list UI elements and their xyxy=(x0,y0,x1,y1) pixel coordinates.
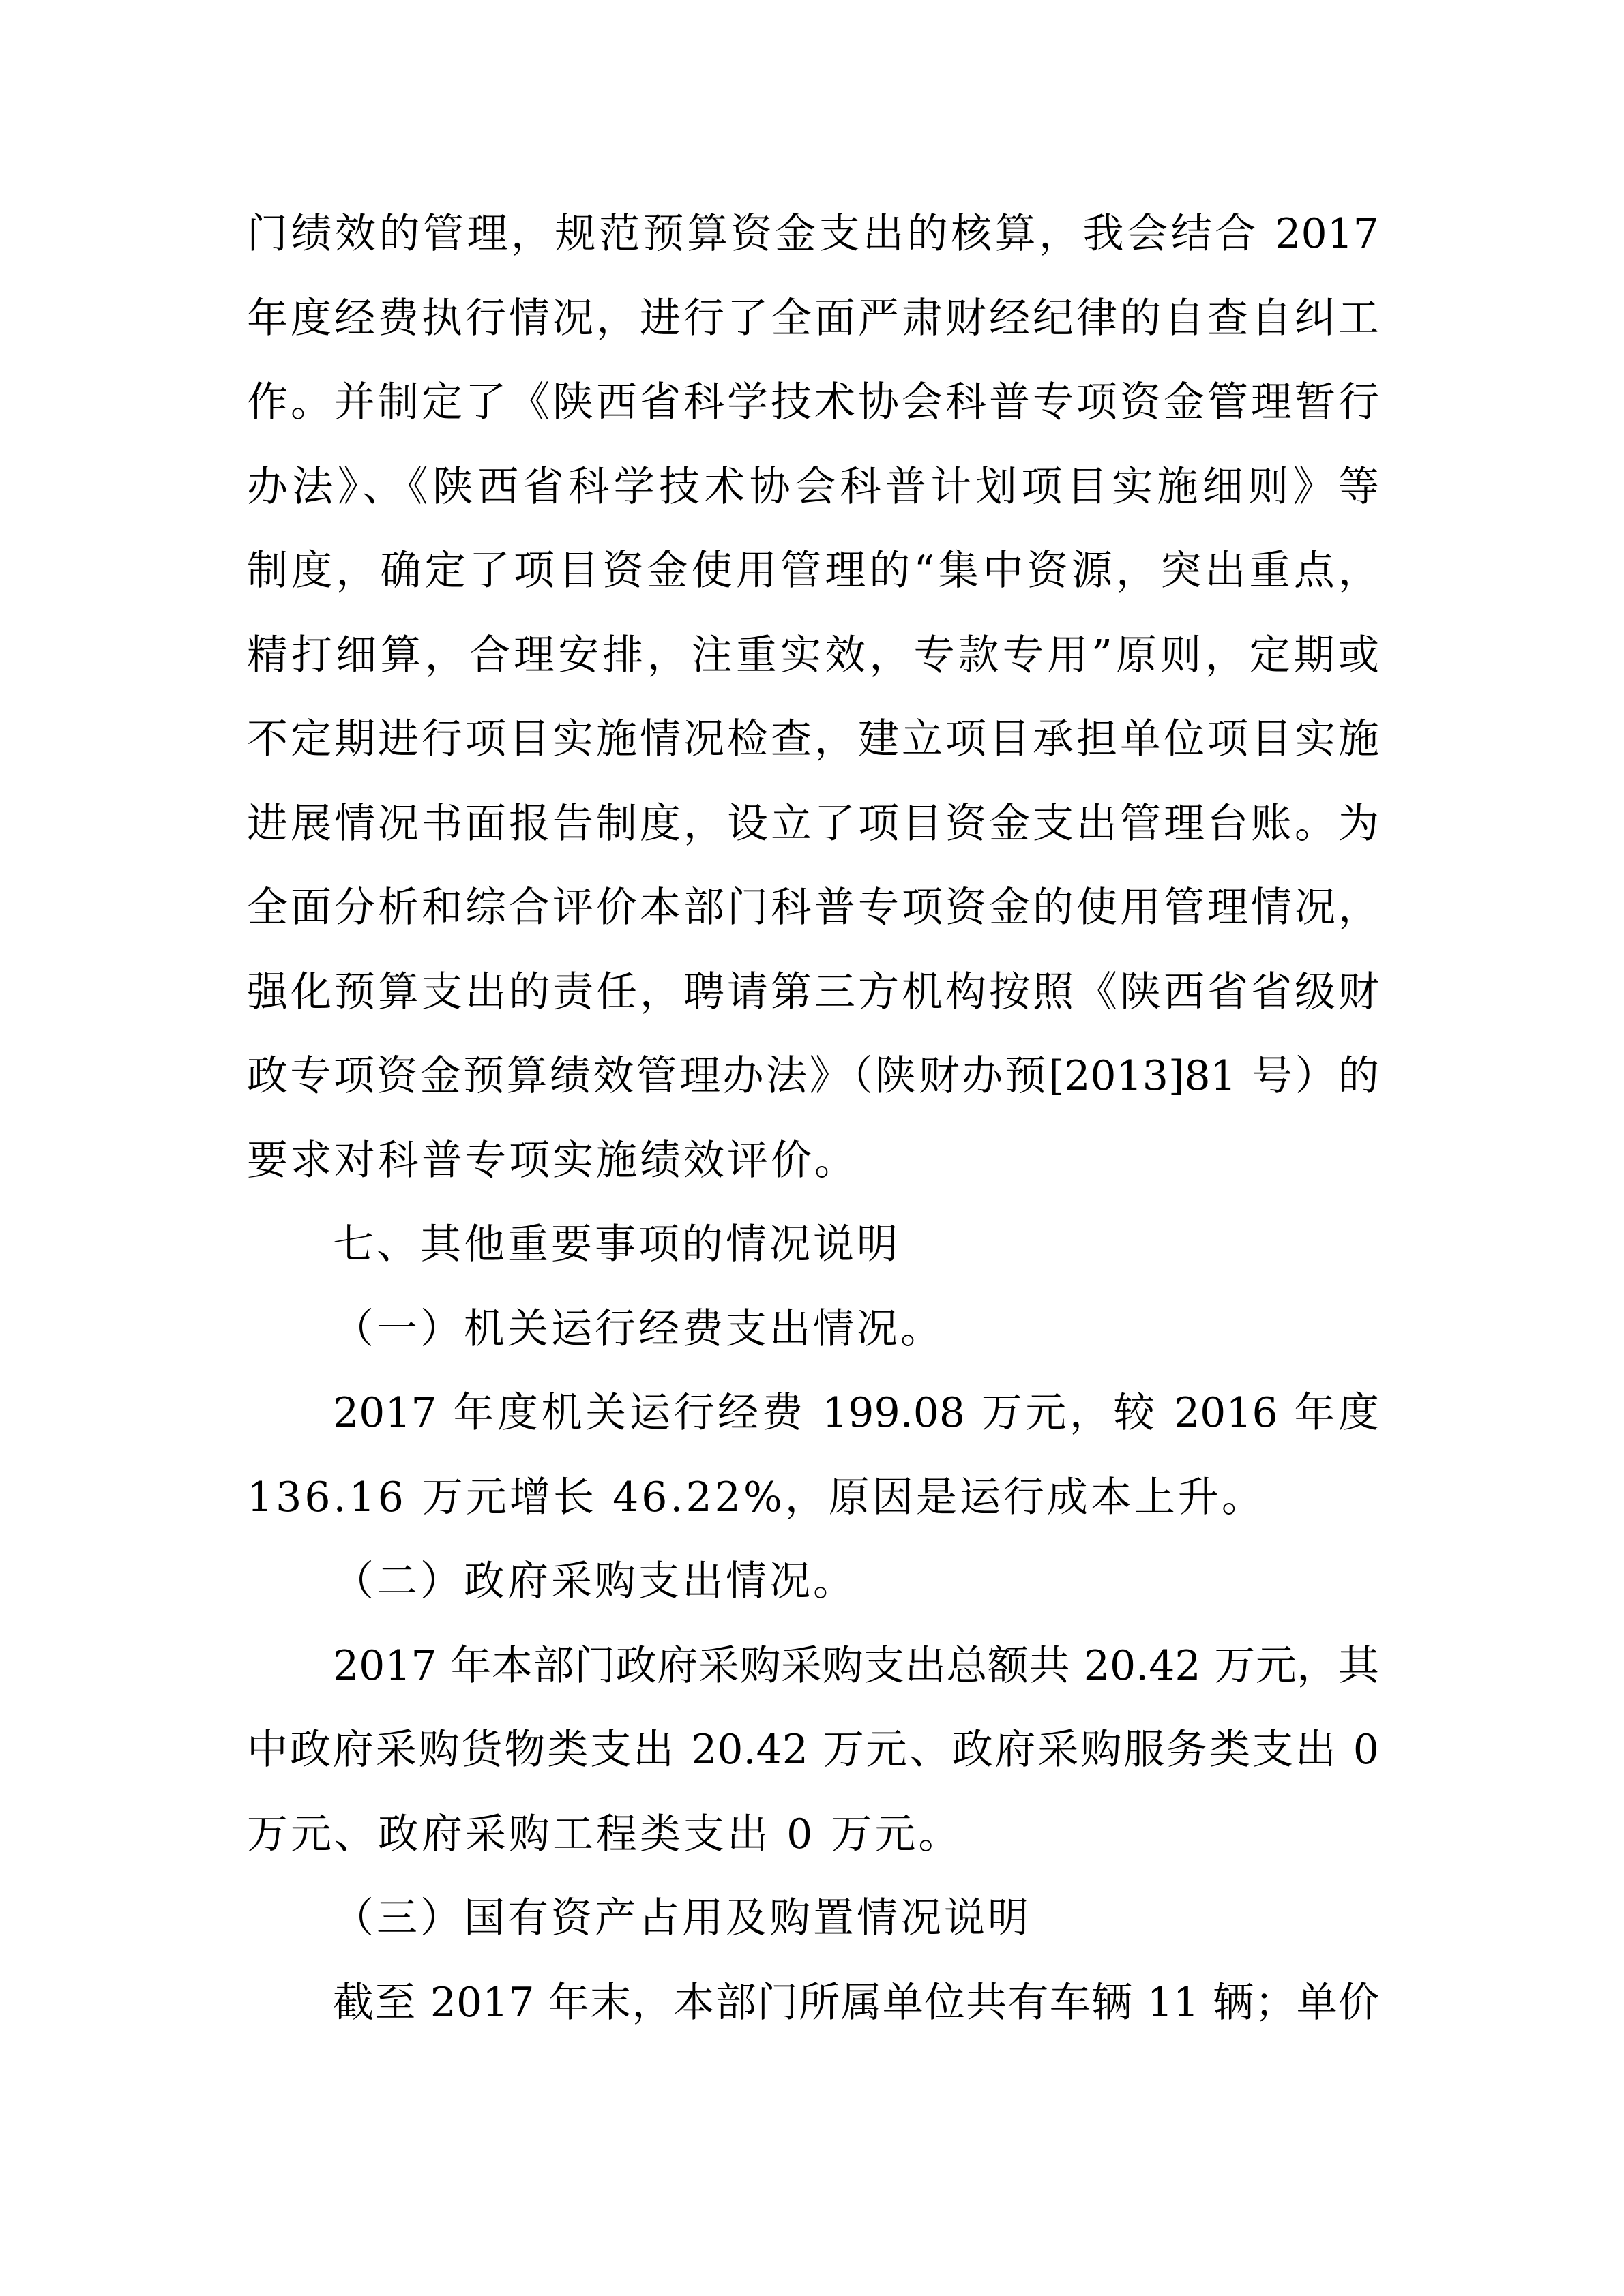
paragraph-line: 2017 年度机关运行经费 199.08 万元，较 2016 年度 xyxy=(247,1371,1379,1456)
paragraph-last-line: 要求对科普专项实施绩效评价。 xyxy=(247,1119,1379,1204)
line-text: 要求对科普专项实施绩效评价。 xyxy=(247,1119,858,1204)
paragraph-line: 办法》、《陕西省科学技术协会科普计划项目实施细则》等 xyxy=(247,445,1379,530)
paragraph-line: 制度，确定了项目资金使用管理的“集中资源，突出重点， xyxy=(247,529,1379,614)
paragraph-line: 中政府采购货物类支出 20.42 万元、政府采购服务类支出 0 xyxy=(247,1708,1379,1793)
paragraph-line: 2017 年本部门政府采购采购支出总额共 20.42 万元，其 xyxy=(247,1624,1379,1709)
paragraph-last-line: 万元、政府采购工程类支出 0 万元。 xyxy=(247,1793,1379,1877)
paragraph-line: 精打细算，合理安排，注重实效，专款专用”原则，定期或 xyxy=(247,614,1379,698)
heading-text: （三）国有资产占用及购置情况说明 xyxy=(333,1877,1031,1961)
line-text: 万元、政府采购工程类支出 0 万元。 xyxy=(247,1793,962,1877)
line-text: 作。并制定了《陕西省科学技术协会科普专项资金管理暂行 xyxy=(247,361,1379,445)
document-page: 门绩效的管理，规范预算资金支出的核算，我会结合 2017 年度经费执行情况，进行… xyxy=(0,0,1624,2296)
subsection-heading-2: （二）政府采购支出情况。 xyxy=(247,1540,1379,1624)
document-body: 门绩效的管理，规范预算资金支出的核算，我会结合 2017 年度经费执行情况，进行… xyxy=(247,192,1379,2045)
paragraph-line: 作。并制定了《陕西省科学技术协会科普专项资金管理暂行 xyxy=(247,361,1379,445)
line-text: 中政府采购货物类支出 20.42 万元、政府采购服务类支出 0 xyxy=(247,1708,1379,1793)
line-text: 136.16 万元增长 46.22%，原因是运行成本上升。 xyxy=(247,1456,1265,1540)
line-text: 全面分析和综合评价本部门科普专项资金的使用管理情况， xyxy=(247,866,1379,951)
paragraph-line: 强化预算支出的责任，聘请第三方机构按照《陕西省省级财 xyxy=(247,951,1379,1035)
line-text: 精打细算，合理安排，注重实效，专款专用”原则，定期或 xyxy=(247,614,1379,698)
line-text: 强化预算支出的责任，聘请第三方机构按照《陕西省省级财 xyxy=(247,951,1379,1035)
line-text: 不定期进行项目实施情况检查，建立项目承担单位项目实施 xyxy=(247,698,1379,782)
section-heading-7: 七、其他重要事项的情况说明 xyxy=(247,1203,1379,1287)
line-text: 政专项资金预算绩效管理办法》（陕财办预[2013]81 号）的 xyxy=(247,1034,1379,1119)
line-text: 进展情况书面报告制度，设立了项目资金支出管理台账。为 xyxy=(247,782,1379,867)
paragraph-line: 不定期进行项目实施情况检查，建立项目承担单位项目实施 xyxy=(247,698,1379,782)
line-text: 截至 2017 年末，本部门所属单位共有车辆 11 辆；单价 xyxy=(333,1961,1379,2046)
line-text: 年度经费执行情况，进行了全面严肃财经纪律的自查自纠工 xyxy=(247,277,1379,361)
heading-text: （二）政府采购支出情况。 xyxy=(333,1540,857,1624)
paragraph-line: 年度经费执行情况，进行了全面严肃财经纪律的自查自纠工 xyxy=(247,277,1379,361)
paragraph-line: 截至 2017 年末，本部门所属单位共有车辆 11 辆；单价 xyxy=(247,1961,1379,2046)
paragraph-line: 门绩效的管理，规范预算资金支出的核算，我会结合 2017 xyxy=(247,192,1379,277)
subsection-heading-1: （一）机关运行经费支出情况。 xyxy=(247,1287,1379,1372)
subsection-heading-3: （三）国有资产占用及购置情况说明 xyxy=(247,1877,1379,1961)
line-text: 门绩效的管理，规范预算资金支出的核算，我会结合 2017 xyxy=(247,192,1379,277)
heading-text: （一）机关运行经费支出情况。 xyxy=(333,1287,944,1372)
line-text: 2017 年本部门政府采购采购支出总额共 20.42 万元，其 xyxy=(333,1624,1379,1709)
line-text: 办法》、《陕西省科学技术协会科普计划项目实施细则》等 xyxy=(247,445,1379,530)
paragraph-line: 政专项资金预算绩效管理办法》（陕财办预[2013]81 号）的 xyxy=(247,1034,1379,1119)
heading-text: 七、其他重要事项的情况说明 xyxy=(333,1203,900,1287)
line-text: 2017 年度机关运行经费 199.08 万元，较 2016 年度 xyxy=(333,1371,1379,1456)
paragraph-last-line: 136.16 万元增长 46.22%，原因是运行成本上升。 xyxy=(247,1456,1379,1540)
paragraph-line: 进展情况书面报告制度，设立了项目资金支出管理台账。为 xyxy=(247,782,1379,867)
line-text: 制度，确定了项目资金使用管理的“集中资源，突出重点， xyxy=(247,529,1379,614)
paragraph-line: 全面分析和综合评价本部门科普专项资金的使用管理情况， xyxy=(247,866,1379,951)
